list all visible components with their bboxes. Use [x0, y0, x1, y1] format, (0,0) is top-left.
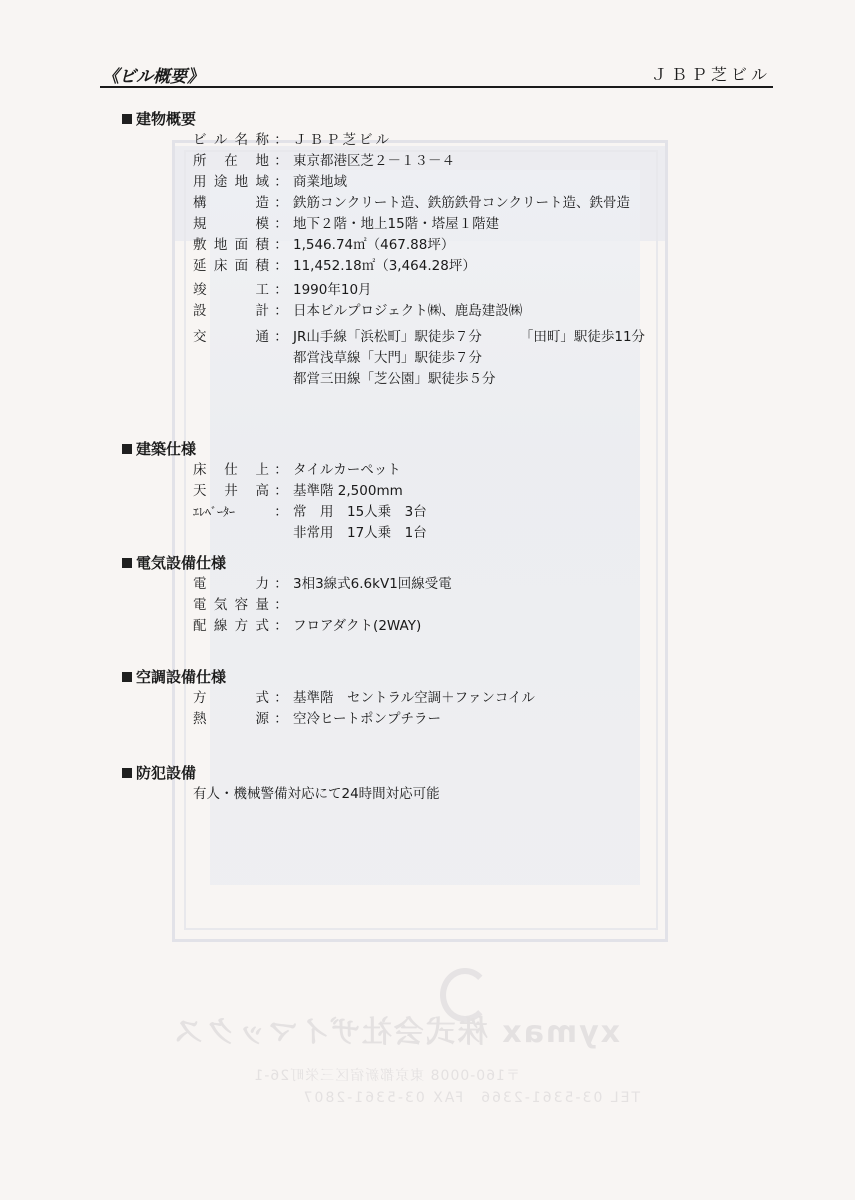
row-zoning: 用途地域 ： 商業地域 [193, 172, 645, 193]
row-label: ビル名称 [193, 130, 269, 151]
colon: ： [269, 214, 293, 235]
document-page: xymax 株式会社ザイマックス 〒160-0008 東京都新宿区三栄町26-1… [0, 0, 855, 1200]
row-value: 11,452.18㎡（3,464.28坪） [293, 256, 645, 277]
row-label: 天井高 [193, 481, 269, 502]
row-label: 方式 [193, 688, 269, 709]
colon: ： [269, 574, 293, 595]
row-floor-area: 延床面積 ： 11,452.18㎡（3,464.28坪） [193, 256, 645, 277]
row-label: 敷地面積 [193, 235, 269, 256]
row-value: 常 用 15人乗 3台 非常用 17人乗 1台 [293, 502, 427, 544]
show-through-address: 〒160-0008 東京都新宿区三栄町26-1 [253, 1065, 520, 1085]
section-title: 空調設備仕様 [122, 666, 535, 688]
colon: ： [269, 327, 293, 390]
show-through-company: xymax 株式会社ザイマックス [171, 1007, 620, 1051]
square-bullet-icon [122, 768, 132, 778]
colon: ： [269, 280, 293, 301]
colon: ： [269, 193, 293, 214]
page-title: 《ビル概要》 [102, 62, 204, 87]
access-line: JR山手線「浜松町」駅徒歩７分「田町」駅徒歩11分 [293, 327, 645, 348]
page-header: 《ビル概要》 ＪＢＰ芝ビル [100, 60, 773, 88]
section-title: 電気設備仕様 [122, 552, 452, 574]
row-value: 1990年10月 [293, 280, 645, 301]
row-label: 用途地域 [193, 172, 269, 193]
row-access: 交通 ： JR山手線「浜松町」駅徒歩７分「田町」駅徒歩11分 都営浅草線「大門」… [193, 327, 645, 390]
header-building-name: ＪＢＰ芝ビル [651, 62, 771, 85]
section-title-text: 建築仕様 [136, 438, 196, 460]
access-line: 都営三田線「芝公園」駅徒歩５分 [293, 369, 645, 390]
colon: ： [269, 688, 293, 709]
row-floor-finish: 床仕上 ： タイルカーペット [193, 460, 427, 481]
row-heat-source: 熱源 ： 空冷ヒートポンプチラー [193, 709, 535, 730]
square-bullet-icon [122, 558, 132, 568]
section-building-overview: 建物概要 ビル名称 ： ＪＢＰ芝ビル 所在地 ： 東京都港区芝２－１３－４ 用途… [122, 108, 645, 390]
row-capacity: 電気容量 ： [193, 595, 452, 616]
row-building-name: ビル名称 ： ＪＢＰ芝ビル [193, 130, 645, 151]
row-value: 地下２階・地上15階・塔屋１階建 [293, 214, 645, 235]
row-structure: 構造 ： 鉄筋コンクリート造、鉄筋鉄骨コンクリート造、鉄骨造 [193, 193, 645, 214]
row-value [293, 595, 452, 616]
access-line-extra: 「田町」駅徒歩11分 [520, 329, 645, 345]
row-value: 日本ビルプロジェクト㈱、鹿島建設㈱ [293, 301, 645, 322]
elevator-line: 常 用 15人乗 3台 [293, 502, 427, 523]
row-label: 電力 [193, 574, 269, 595]
row-elevator: ｴﾚﾍﾞｰﾀｰ ： 常 用 15人乗 3台 非常用 17人乗 1台 [193, 502, 427, 544]
colon: ： [269, 151, 293, 172]
section-title-text: 電気設備仕様 [136, 552, 226, 574]
row-label: 所在地 [193, 151, 269, 172]
section-title-text: 建物概要 [136, 108, 196, 130]
colon: ： [269, 130, 293, 151]
row-label: 規模 [193, 214, 269, 235]
row-power: 電力 ： 3相3線式6.6kV1回線受電 [193, 574, 452, 595]
row-label: 設計 [193, 301, 269, 322]
row-ceiling-height: 天井高 ： 基準階 2,500mm [193, 481, 427, 502]
colon: ： [269, 172, 293, 193]
row-hvac-method: 方式 ： 基準階 セントラル空調＋ファンコイル [193, 688, 535, 709]
row-value: 商業地域 [293, 172, 645, 193]
colon: ： [269, 481, 293, 502]
show-through-company-block: xymax 株式会社ザイマックス 〒160-0008 東京都新宿区三栄町26-1… [80, 965, 640, 1115]
section-architecture-spec: 建築仕様 床仕上 ： タイルカーペット 天井高 ： 基準階 2,500mm ｴﾚ… [122, 438, 427, 544]
colon: ： [269, 301, 293, 322]
row-value: 3相3線式6.6kV1回線受電 [293, 574, 452, 595]
row-label: 延床面積 [193, 256, 269, 277]
colon: ： [269, 709, 293, 730]
row-value: 基準階 2,500mm [293, 481, 427, 502]
row-label: 交通 [193, 327, 269, 390]
colon: ： [269, 235, 293, 256]
security-description: 有人・機械警備対応にて24時間対応可能 [193, 784, 440, 805]
row-value: JR山手線「浜松町」駅徒歩７分「田町」駅徒歩11分 都営浅草線「大門」駅徒歩７分… [293, 327, 645, 390]
row-design: 設計 ： 日本ビルプロジェクト㈱、鹿島建設㈱ [193, 301, 645, 322]
show-through-contact: TEL 03-5361-2366 FAX 03-5361-2807 [302, 1087, 640, 1107]
row-value: フロアダクト(2WAY) [293, 616, 452, 637]
row-label: 構造 [193, 193, 269, 214]
row-value: 空冷ヒートポンプチラー [293, 709, 535, 730]
row-value: 1,546.74㎡（467.88坪） [293, 235, 645, 256]
row-value: 東京都港区芝２－１３－４ [293, 151, 645, 172]
square-bullet-icon [122, 444, 132, 454]
row-scale: 規模 ： 地下２階・地上15階・塔屋１階建 [193, 214, 645, 235]
row-value: タイルカーペット [293, 460, 427, 481]
row-completion: 竣工 ： 1990年10月 [193, 280, 645, 301]
colon: ： [269, 256, 293, 277]
row-label: 配線方式 [193, 616, 269, 637]
section-title: 防犯設備 [122, 762, 440, 784]
square-bullet-icon [122, 672, 132, 682]
colon: ： [269, 616, 293, 637]
section-title: 建物概要 [122, 108, 645, 130]
access-line-text: JR山手線「浜松町」駅徒歩７分 [293, 329, 482, 345]
colon: ： [269, 502, 293, 544]
section-hvac-spec: 空調設備仕様 方式 ： 基準階 セントラル空調＋ファンコイル 熱源 ： 空冷ヒー… [122, 666, 535, 730]
row-label: 床仕上 [193, 460, 269, 481]
section-title: 建築仕様 [122, 438, 427, 460]
row-label: ｴﾚﾍﾞｰﾀｰ [193, 502, 269, 544]
section-title-text: 空調設備仕様 [136, 666, 226, 688]
row-value: 鉄筋コンクリート造、鉄筋鉄骨コンクリート造、鉄骨造 [293, 193, 645, 214]
colon: ： [269, 460, 293, 481]
row-site-area: 敷地面積 ： 1,546.74㎡（467.88坪） [193, 235, 645, 256]
row-wiring: 配線方式 ： フロアダクト(2WAY) [193, 616, 452, 637]
row-label: 竣工 [193, 280, 269, 301]
access-line: 都営浅草線「大門」駅徒歩７分 [293, 348, 645, 369]
section-title-text: 防犯設備 [136, 762, 196, 784]
row-label: 熱源 [193, 709, 269, 730]
section-security: 防犯設備 有人・機械警備対応にて24時間対応可能 [122, 762, 440, 805]
row-value: ＪＢＰ芝ビル [293, 130, 645, 151]
elevator-line: 非常用 17人乗 1台 [293, 523, 427, 544]
square-bullet-icon [122, 114, 132, 124]
row-label: 電気容量 [193, 595, 269, 616]
row-location: 所在地 ： 東京都港区芝２－１３－４ [193, 151, 645, 172]
section-electrical-spec: 電気設備仕様 電力 ： 3相3線式6.6kV1回線受電 電気容量 ： 配線方式 … [122, 552, 452, 637]
row-value: 基準階 セントラル空調＋ファンコイル [293, 688, 535, 709]
colon: ： [269, 595, 293, 616]
